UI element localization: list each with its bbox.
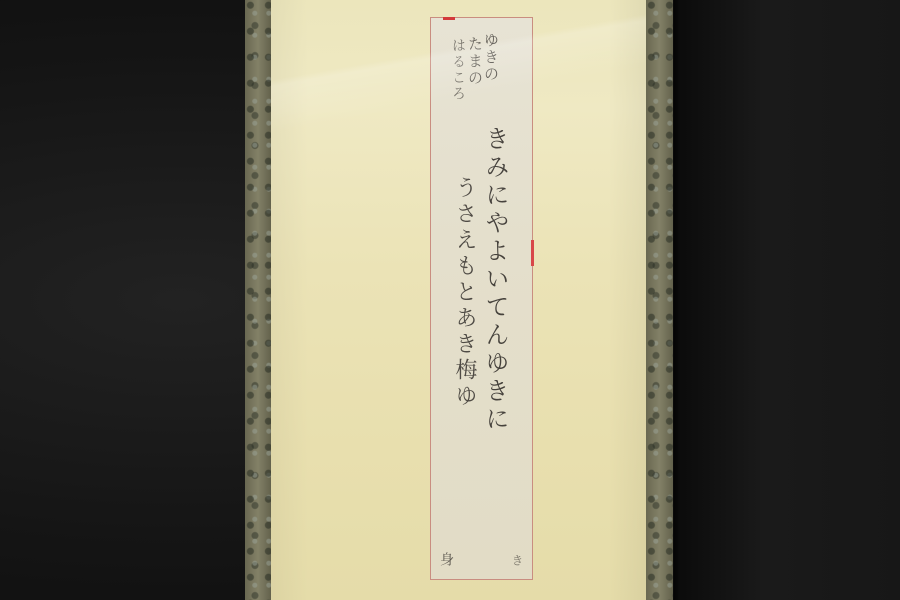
side-note: き [511, 554, 523, 568]
signature: 身 [439, 552, 453, 568]
preface-column-2: たまの [467, 36, 482, 87]
brocade-border-right [646, 0, 673, 600]
preface-column-3: はるころ [451, 38, 465, 102]
poem-second-column: うさえもとあき梅ゆ [453, 176, 475, 410]
preface-column-1: ゆきの [483, 32, 498, 83]
scroll-shadow [674, 0, 680, 600]
hanging-scroll: ゆきの たまの はるころ きみにやよいてんゆきに うさえもとあき梅ゆ 身 き [243, 0, 674, 600]
scroll-paper: ゆきの たまの はるころ きみにやよいてんゆきに うさえもとあき梅ゆ 身 き [271, 0, 646, 600]
poem-main-column: きみにやよいてんゆきに [483, 126, 507, 434]
red-mark-top [443, 17, 455, 20]
dark-backdrop-right [672, 0, 900, 600]
calligraphy-card: ゆきの たまの はるころ きみにやよいてんゆきに うさえもとあき梅ゆ 身 き [430, 17, 533, 580]
brocade-border-left [245, 0, 271, 600]
red-mark-right [531, 240, 534, 266]
